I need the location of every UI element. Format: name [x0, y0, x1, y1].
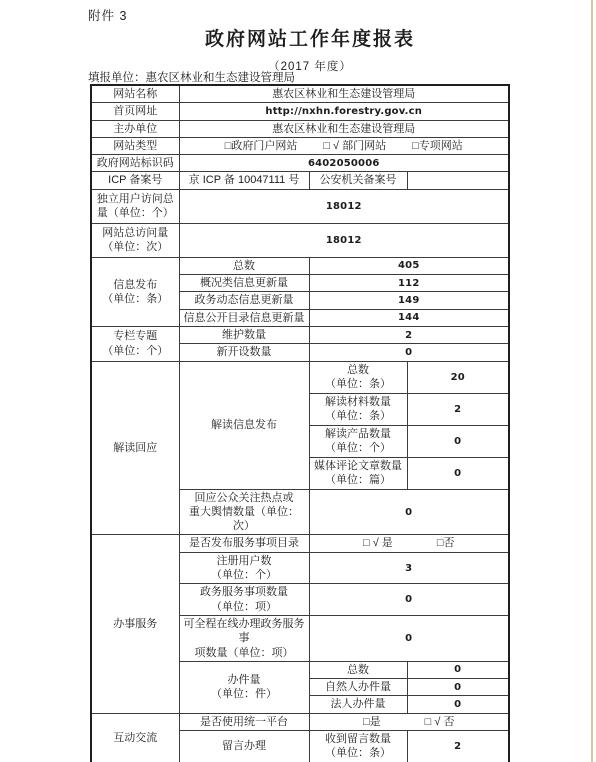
table-row: 网站类型 □政府门户网站 □ √ 部门网站 □专项网站	[91, 137, 509, 154]
table-row: ICP 备案号 京 ICP 备 10047111 号 公安机关备案号	[91, 172, 509, 189]
table-row: 网站名称 惠农区林业和生态建设管理局	[91, 85, 509, 103]
interpretation-products-label: 解读产品数量 （单位：个）	[309, 425, 407, 457]
special-columns-new-label: 新开设数量	[179, 344, 309, 361]
annual-report-table: 网站名称 惠农区林业和生态建设管理局 首页网址 http://nxhn.fore…	[90, 84, 510, 762]
special-columns-maintained-label: 维护数量	[179, 326, 309, 343]
registered-users-label: 注册用户数 （单位：个）	[179, 552, 309, 584]
site-type-label: 网站类型	[91, 137, 179, 154]
home-url-label: 首页网址	[91, 103, 179, 120]
unified-platform-label: 是否使用统一平台	[179, 713, 309, 730]
transactions-natural-label: 自然人办件量	[309, 679, 407, 696]
interpretation-section-label: 解读回应	[91, 361, 179, 535]
messages-received-label: 收到留言数量 （单位：条）	[309, 731, 407, 762]
table-row: 信息发布 （单位：条） 总数 405	[91, 257, 509, 274]
interpretation-materials-label: 解读材料数量 （单位：条）	[309, 393, 407, 425]
site-type-options-cell: □政府门户网站 □ √ 部门网站 □专项网站	[179, 137, 509, 154]
services-catalog-options: □ √ 是 □否	[312, 536, 507, 550]
table-row: 解读回应 解读信息发布 总数 （单位：条） 20	[91, 361, 509, 393]
table-row: 政府网站标识码 6402050006	[91, 155, 509, 172]
table-row: 互动交流 是否使用统一平台 □是 □ √ 否	[91, 713, 509, 730]
page-title: 政府网站工作年度报表	[30, 24, 590, 51]
unified-platform-options: □是 □ √ 否	[312, 715, 507, 729]
info-publish-section-label: 信息发布 （单位：条）	[91, 257, 179, 326]
registered-users-value: 3	[309, 552, 509, 584]
interpretation-media-value: 0	[407, 457, 509, 489]
home-url-value: http://nxhn.forestry.gov.cn	[179, 103, 509, 120]
filing-unit-line: 填报单位：惠农区林业和生态建设管理局	[88, 69, 295, 85]
total-visits-label: 网站总访问量 （单位：次）	[91, 223, 179, 257]
interaction-section-label: 互动交流	[91, 713, 179, 762]
interpretation-total-value: 20	[407, 361, 509, 393]
site-name-value: 惠农区林业和生态建设管理局	[179, 85, 509, 103]
info-publish-catalog-label: 信息公开目录信息更新量	[179, 309, 309, 326]
checkbox-option-yes: □ √ 是	[363, 536, 393, 550]
checkbox-option-no: □否	[437, 536, 455, 550]
messages-label: 留言办理	[179, 731, 309, 762]
transactions-legal-label: 法人办件量	[309, 696, 407, 713]
table-row: 独立用户访问总 量（单位：个） 18012	[91, 189, 509, 223]
site-name-label: 网站名称	[91, 85, 179, 103]
police-filing-value	[407, 172, 509, 189]
interpretation-response-label: 回应公众关注热点或 重大舆情数量（单位：次）	[179, 489, 309, 535]
interpretation-media-label: 媒体评论文章数量 （单位：篇）	[309, 457, 407, 489]
info-publish-dynamics-label: 政务动态信息更新量	[179, 292, 309, 309]
special-columns-maintained-value: 2	[309, 326, 509, 343]
service-items-value: 0	[309, 584, 509, 616]
unique-visitors-label: 独立用户访问总 量（单位：个）	[91, 189, 179, 223]
interpretation-products-value: 0	[407, 425, 509, 457]
sponsor-label: 主办单位	[91, 120, 179, 137]
total-visits-value: 18012	[179, 223, 509, 257]
table-row: 网站总访问量 （单位：次） 18012	[91, 223, 509, 257]
page-edge-line	[591, 0, 593, 762]
interpretation-publish-label: 解读信息发布	[179, 361, 309, 489]
service-items-label: 政务服务事项数量 （单位：项）	[179, 584, 309, 616]
services-section-label: 办事服务	[91, 535, 179, 713]
table-row: 办事服务 是否发布服务事项目录 □ √ 是 □否	[91, 535, 509, 552]
info-publish-total-label: 总数	[179, 257, 309, 274]
special-columns-section-label: 专栏专题 （单位：个）	[91, 326, 179, 361]
site-code-value: 6402050006	[179, 155, 509, 172]
interpretation-response-value: 0	[309, 489, 509, 535]
sponsor-value: 惠农区林业和生态建设管理局	[179, 120, 509, 137]
unique-visitors-value: 18012	[179, 189, 509, 223]
icp-value: 京 ICP 备 10047111 号	[179, 172, 309, 189]
transactions-label: 办件量 （单位：件）	[179, 661, 309, 713]
services-catalog-label: 是否发布服务事项目录	[179, 535, 309, 552]
transactions-legal-value: 0	[407, 696, 509, 713]
report-header: 政府网站工作年度报表 （2017 年度）	[30, 24, 590, 74]
online-items-value: 0	[309, 615, 509, 661]
unified-platform-options-cell: □是 □ √ 否	[309, 713, 509, 730]
attachment-label: 附件 3	[88, 6, 127, 24]
table-row: 专栏专题 （单位：个） 维护数量 2	[91, 326, 509, 343]
online-items-label: 可全程在线办理政务服务事 项数量（单位：项）	[179, 615, 309, 661]
info-publish-overview-value: 112	[309, 275, 509, 292]
info-publish-catalog-value: 144	[309, 309, 509, 326]
interpretation-materials-value: 2	[407, 393, 509, 425]
interpretation-total-label: 总数 （单位：条）	[309, 361, 407, 393]
transactions-natural-value: 0	[407, 679, 509, 696]
checkbox-option-yes: □是	[363, 715, 381, 729]
transactions-total-value: 0	[407, 661, 509, 678]
info-publish-total-value: 405	[309, 257, 509, 274]
site-type-options: □政府门户网站 □ √ 部门网站 □专项网站	[182, 139, 507, 153]
checkbox-option-no: □ √ 否	[425, 715, 455, 729]
services-catalog-options-cell: □ √ 是 □否	[309, 535, 509, 552]
info-publish-dynamics-value: 149	[309, 292, 509, 309]
police-filing-label: 公安机关备案号	[309, 172, 407, 189]
transactions-total-label: 总数	[309, 661, 407, 678]
checkbox-option-portal: □政府门户网站	[225, 139, 298, 153]
table-row: 主办单位 惠农区林业和生态建设管理局	[91, 120, 509, 137]
special-columns-new-value: 0	[309, 344, 509, 361]
site-code-label: 政府网站标识码	[91, 155, 179, 172]
messages-received-value: 2	[407, 731, 509, 762]
checkbox-option-special: □专项网站	[412, 139, 463, 153]
checkbox-option-department: □ √ 部门网站	[323, 139, 386, 153]
table-row: 首页网址 http://nxhn.forestry.gov.cn	[91, 103, 509, 120]
info-publish-overview-label: 概况类信息更新量	[179, 275, 309, 292]
icp-label: ICP 备案号	[91, 172, 179, 189]
